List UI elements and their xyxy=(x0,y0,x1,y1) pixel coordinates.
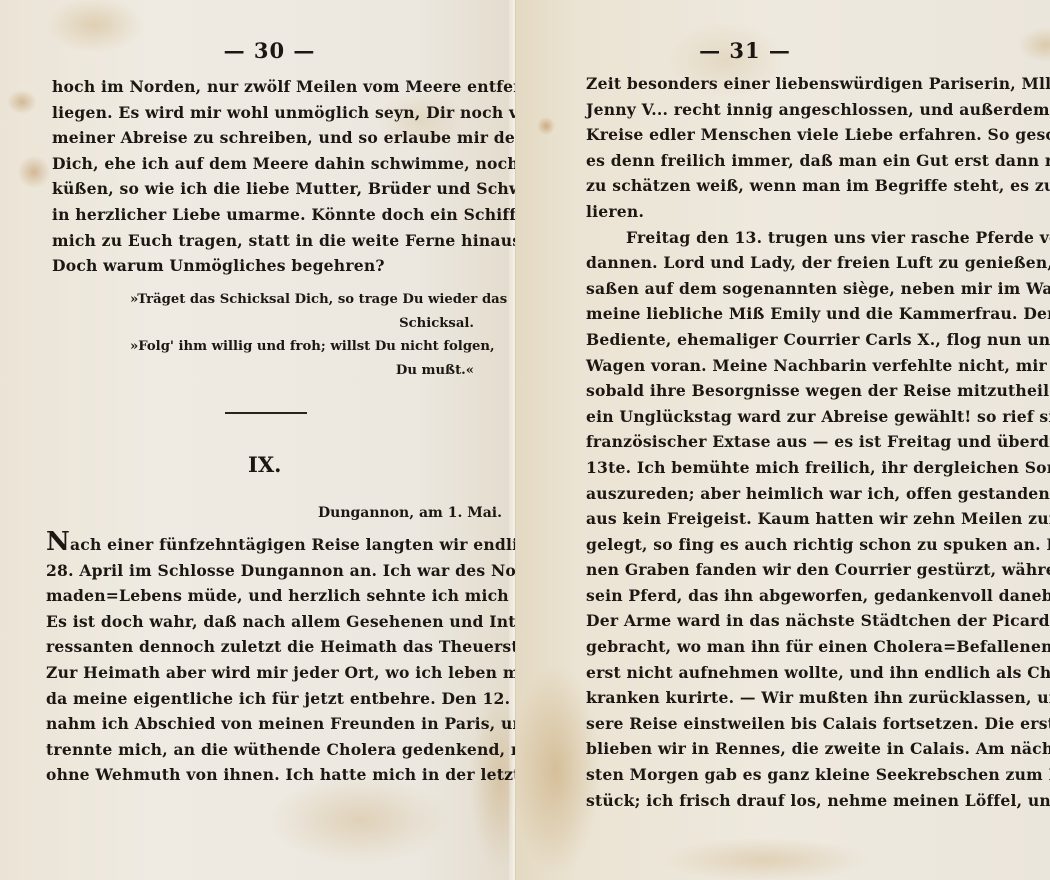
text-line: ressanten dennoch zuletzt die Heimath da… xyxy=(46,634,484,660)
text-line: Doch warum Unmögliches begehren? xyxy=(52,253,484,279)
text-line: sobald ihre Besorgnisse wegen der Reise … xyxy=(586,378,1014,404)
text-line-rest: ach einer fünfzehntägigen Reise langten … xyxy=(70,535,515,554)
text-line: saßen auf dem sogenannten siège, neben m… xyxy=(586,276,1014,302)
verse-continuation: Du mußt.« xyxy=(130,359,482,383)
text-line: Freitag den 13. trugen uns vier rasche P… xyxy=(586,225,1014,251)
text-line: da meine eigentliche ich für jetzt entbe… xyxy=(46,686,484,712)
page-number-30: — 30 — xyxy=(12,38,515,63)
text-line: zu schätzen weiß, wenn man im Begriffe s… xyxy=(586,173,1014,199)
text-line: französischer Extase aus — es ist Freita… xyxy=(586,429,1014,455)
text-line: Dich, ehe ich auf dem Meere dahin schwim… xyxy=(52,151,484,177)
text-line: maden=Lebens müde, und herzlich sehnte i… xyxy=(46,583,484,609)
left-page: — 30 — hoch im Norden, nur zwölf Meilen … xyxy=(0,0,515,880)
text-line: ein Unglückstag ward zur Abreise gewählt… xyxy=(586,404,1014,430)
text-line: Wagen voran. Meine Nachbarin verfehlte n… xyxy=(586,353,1014,379)
dateline: Dungannon, am 1. Mai. xyxy=(318,505,502,521)
text-line: stück; ich frisch drauf los, nehme meine… xyxy=(586,788,1014,814)
text-line: sere Reise einstweilen bis Calais fortse… xyxy=(586,711,1014,737)
text-line: gebracht, wo man ihn für einen Cholera=B… xyxy=(586,634,1014,660)
text-line: es denn freilich immer, daß man ein Gut … xyxy=(586,148,1014,174)
section-divider xyxy=(225,412,307,414)
text-line: nahm ich Abschied von meinen Freunden in… xyxy=(46,711,484,737)
text-line: erst nicht aufnehmen wollte, und ihn end… xyxy=(586,660,1014,686)
text-line: sten Morgen gab es ganz kleine Seekrebsc… xyxy=(586,762,1014,788)
text-line: auszureden; aber heimlich war ich, offen… xyxy=(586,481,1014,507)
verse-quote: »Träget das Schicksal Dich, so trage Du … xyxy=(130,288,482,382)
text-line: hoch im Norden, nur zwölf Meilen vom Mee… xyxy=(52,74,484,100)
text-line: ohne Wehmuth von ihnen. Ich hatte mich i… xyxy=(46,762,484,788)
text-line: Nach einer fünfzehntägigen Reise langten… xyxy=(46,532,484,558)
text-line: aus kein Freigeist. Kaum hatten wir zehn… xyxy=(586,506,1014,532)
page-text: Zeit besonders einer liebenswürdigen Par… xyxy=(586,71,1014,813)
verse-line: »Folg' ihm willig und froh; willst Du ni… xyxy=(130,335,482,359)
text-line: meine liebliche Miß Emily und die Kammer… xyxy=(586,301,1014,327)
text-line: Bediente, ehemaliger Courrier Carls X., … xyxy=(586,327,1014,353)
right-page: — 31 — Zeit besonders einer liebenswürdi… xyxy=(515,0,1050,880)
text-line: liegen. Es wird mir wohl unmöglich seyn,… xyxy=(52,100,484,126)
text-line: Zur Heimath aber wird mir jeder Ort, wo … xyxy=(46,660,484,686)
text-line: Kreise edler Menschen viele Liebe erfahr… xyxy=(586,122,1014,148)
text-line: in herzlicher Liebe umarme. Könnte doch … xyxy=(52,202,484,228)
text-line: küßen, so wie ich die liebe Mutter, Brüd… xyxy=(52,176,484,202)
text-line: kranken kurirte. — Wir mußten ihn zurück… xyxy=(586,685,1014,711)
text-line: Jenny V... recht innig angeschlossen, un… xyxy=(586,97,1014,123)
text-line: Es ist doch wahr, daß nach allem Gesehen… xyxy=(46,609,484,635)
text-line: 13te. Ich bemühte mich freilich, ihr der… xyxy=(586,455,1014,481)
text-line: gelegt, so fing es auch richtig schon zu… xyxy=(586,532,1014,558)
page-number-31: — 31 — xyxy=(515,38,1012,63)
text-line: Zeit besonders einer liebenswürdigen Par… xyxy=(586,71,1014,97)
text-line: meiner Abreise zu schreiben, und so erla… xyxy=(52,125,484,151)
text-line: mich zu Euch tragen, statt in die weite … xyxy=(52,228,484,254)
text-line: 28. April im Schlosse Dungannon an. Ich … xyxy=(46,558,484,584)
text-line: dannen. Lord und Lady, der freien Luft z… xyxy=(586,250,1014,276)
letter-text-continued: hoch im Norden, nur zwölf Meilen vom Mee… xyxy=(52,74,484,279)
book-spread: — 30 — hoch im Norden, nur zwölf Meilen … xyxy=(0,0,1050,880)
chapter-heading: IX. xyxy=(248,452,281,477)
text-line: trennte mich, an die wüthende Cholera ge… xyxy=(46,737,484,763)
text-line: nen Graben fanden wir den Courrier gestü… xyxy=(586,557,1014,583)
chapter-text: Nach einer fünfzehntägigen Reise langten… xyxy=(46,532,484,788)
verse-line: »Träget das Schicksal Dich, so trage Du … xyxy=(130,288,482,312)
text-line: sein Pferd, das ihn abgeworfen, gedanken… xyxy=(586,583,1014,609)
verse-continuation: Schicksal. xyxy=(130,312,482,336)
text-line: Der Arme ward in das nächste Städtchen d… xyxy=(586,608,1014,634)
text-line: blieben wir in Rennes, die zweite in Cal… xyxy=(586,736,1014,762)
text-line: lieren. xyxy=(586,199,1014,225)
drop-cap: N xyxy=(46,527,70,557)
